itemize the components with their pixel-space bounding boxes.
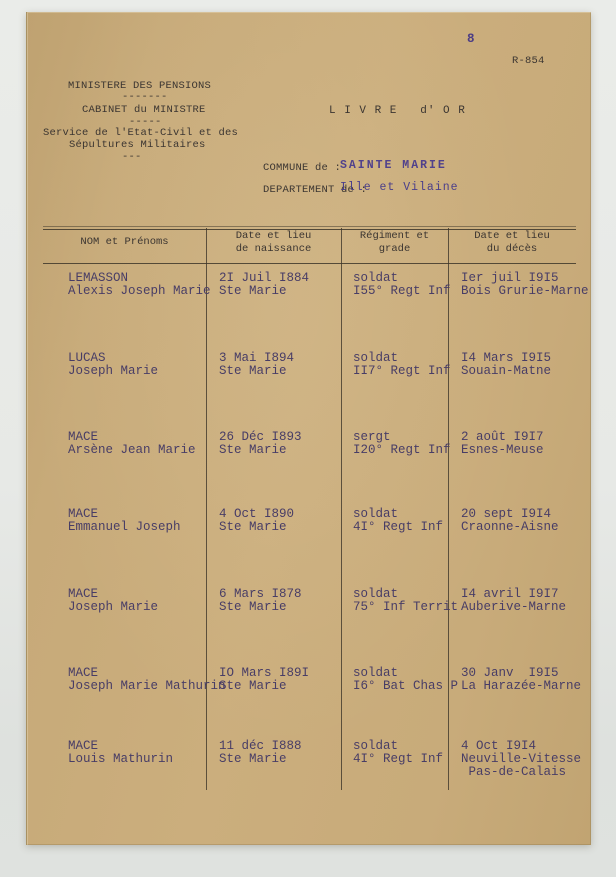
scanned-document: 8 R-854 MINISTERE DES PENSIONS ------- C… xyxy=(0,0,616,877)
cell-death-date-place: 2 août I9I7 Esnes-Meuse xyxy=(461,431,544,457)
table-header-rule xyxy=(43,263,576,264)
commune-label: COMMUNE de : xyxy=(263,162,341,174)
cell-name: MACE Arsène Jean Marie xyxy=(68,431,196,457)
cell-regiment-grade: soldat 75° Inf Territ xyxy=(353,588,458,614)
cell-name: MACE Emmanuel Joseph xyxy=(68,508,181,534)
table-column-divider xyxy=(341,228,342,790)
letterhead-divider-dashes: --- xyxy=(122,151,142,163)
cell-regiment-grade: soldat I55° Regt Inf xyxy=(353,272,451,298)
cell-regiment-grade: sergt I20° Regt Inf xyxy=(353,431,451,457)
cell-birth-date-place: 3 Mai I894 Ste Marie xyxy=(219,352,294,378)
letterhead-line-sepultures: Sépultures Militaires xyxy=(69,139,206,151)
table-column-divider xyxy=(448,228,449,790)
cell-regiment-grade: soldat I6° Bat Chas P xyxy=(353,667,458,693)
cell-birth-date-place: 4 Oct I890 Ste Marie xyxy=(219,508,294,534)
cell-name: MACE Louis Mathurin xyxy=(68,740,173,766)
cell-death-date-place: 20 sept I9I4 Craonne-Aisne xyxy=(461,508,559,534)
cell-birth-date-place: 11 déc I888 Ste Marie xyxy=(219,740,302,766)
cell-name: LUCAS Joseph Marie xyxy=(68,352,158,378)
cell-birth-date-place: 6 Mars I878 Ste Marie xyxy=(219,588,302,614)
letterhead-line-service: Service de l'Etat-Civil et des xyxy=(43,127,238,139)
cell-name: LEMASSON Alexis Joseph Marie xyxy=(68,272,211,298)
page-number: 8 xyxy=(467,32,476,46)
cell-regiment-grade: soldat II7° Regt Inf xyxy=(353,352,451,378)
table-header-naissance: Date et lieu de naissance xyxy=(206,230,341,256)
document-title: L I V R E d' O R xyxy=(329,105,466,117)
departement-value: Ille et Vilaine xyxy=(340,181,459,194)
cell-death-date-place: 4 Oct I9I4 Neuville-Vitesse Pas-de-Calai… xyxy=(461,740,581,778)
table-header-nom: NOM et Prénoms xyxy=(43,236,206,249)
table-header-regiment: Régiment et grade xyxy=(341,230,448,256)
letterhead-divider-dashes: ------- xyxy=(122,91,168,103)
cell-regiment-grade: soldat 4I° Regt Inf xyxy=(353,740,443,766)
cell-regiment-grade: soldat 4I° Regt Inf xyxy=(353,508,443,534)
cell-death-date-place: Ier juil I9I5 Bois Grurie-Marne xyxy=(461,272,589,298)
document-reference: R-854 xyxy=(512,55,545,67)
table-header-deces: Date et lieu du décès xyxy=(448,230,576,256)
letterhead-line-cabinet: CABINET du MINISTRE xyxy=(82,104,206,116)
table-column-divider xyxy=(206,228,207,790)
cell-name: MACE Joseph Marie xyxy=(68,588,158,614)
paper-sheet: 8 R-854 MINISTERE DES PENSIONS ------- C… xyxy=(26,12,591,845)
cell-death-date-place: 30 Janv I9I5 La Harazée-Marne xyxy=(461,667,581,693)
cell-death-date-place: I4 avril I9I7 Auberive-Marne xyxy=(461,588,566,614)
cell-birth-date-place: 26 Déc I893 Ste Marie xyxy=(219,431,302,457)
cell-birth-date-place: IO Mars I89I Ste Marie xyxy=(219,667,309,693)
commune-value: SAINTE MARIE xyxy=(340,159,447,172)
cell-birth-date-place: 2I Juil I884 Ste Marie xyxy=(219,272,309,298)
cell-name: MACE Joseph Marie Mathurin xyxy=(68,667,226,693)
cell-death-date-place: I4 Mars I9I5 Souain-Matne xyxy=(461,352,551,378)
